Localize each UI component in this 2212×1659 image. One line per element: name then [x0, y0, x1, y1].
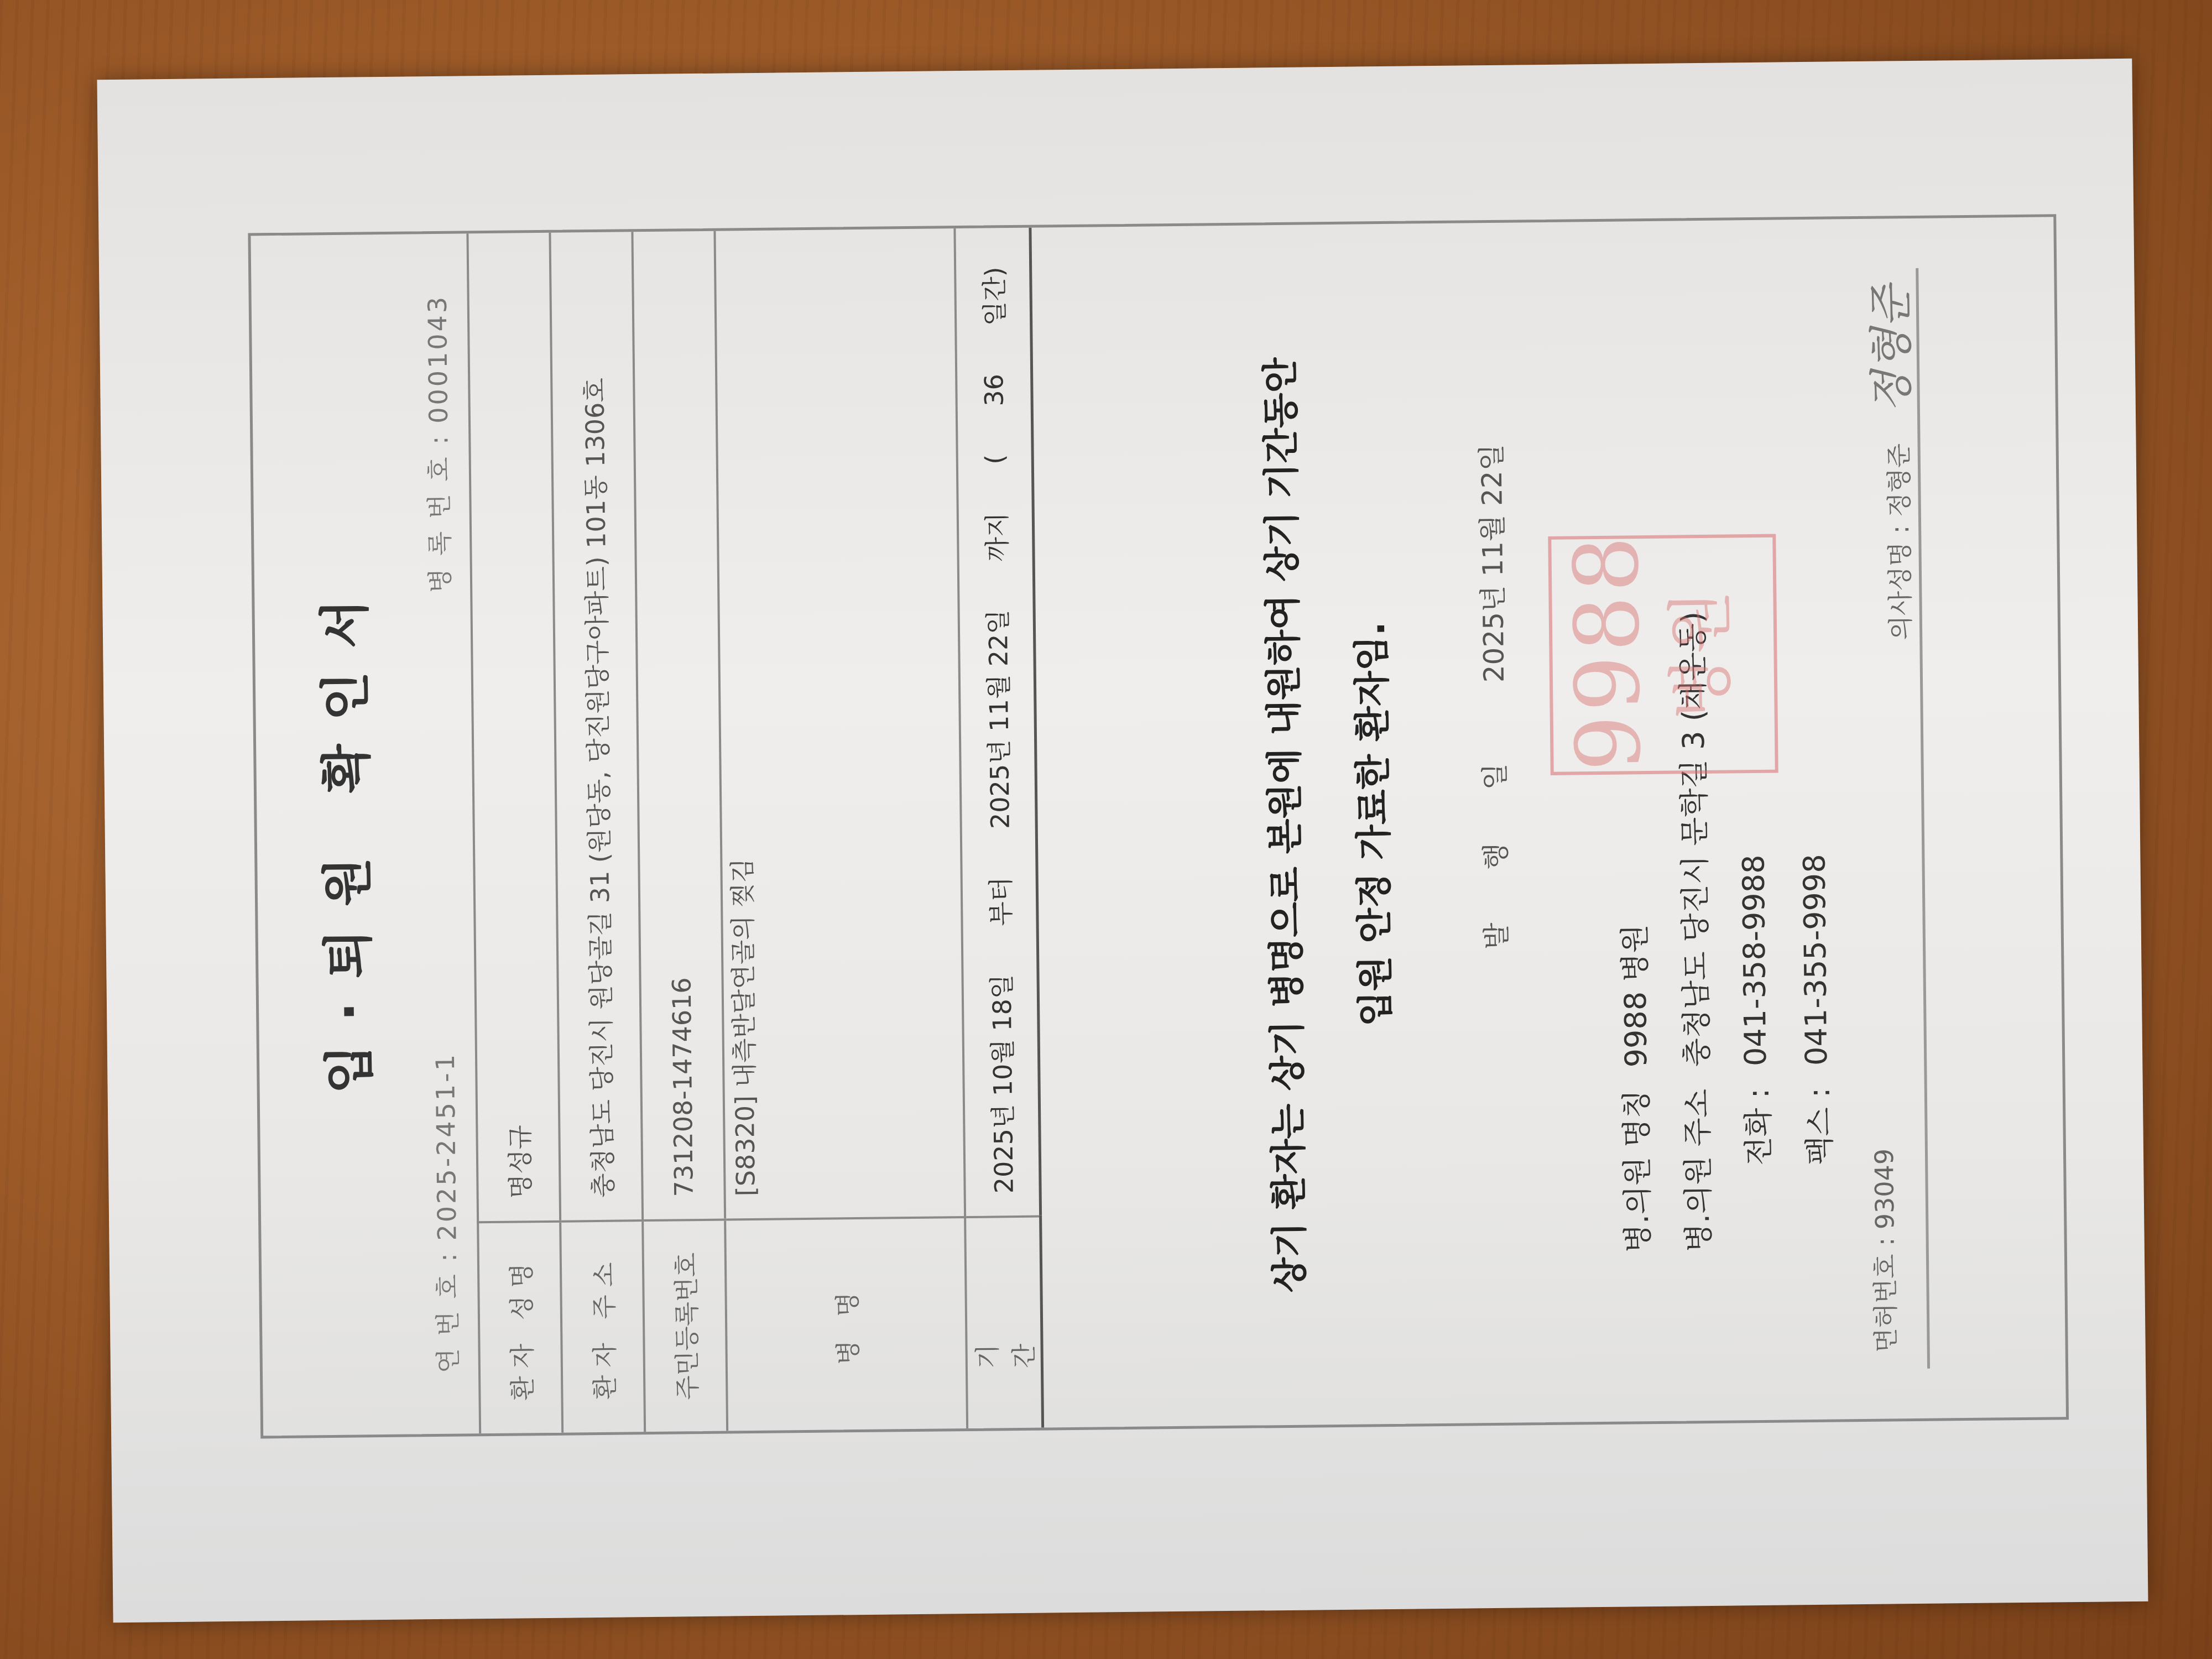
doctor-name: 정형준 [1884, 443, 1914, 517]
rrn-value: 731208-1474616 [632, 231, 725, 1220]
fax-label: 팩스 : [1795, 1087, 1840, 1320]
period-open-paren: ( [980, 454, 1010, 465]
diagnosis-value: [S8320] 내측반달연골의 찢김 [714, 228, 965, 1219]
fax-value: 041-355-9998 [1797, 854, 1834, 1066]
table-row: 환자 주소 충청남도 당진시 원당골길 31 (원당동, 당진원당구아파트) 1… [550, 232, 645, 1432]
record-label: 병 록 번 호 : [424, 434, 455, 593]
patient-address-label: 환자 주소 [560, 1220, 645, 1433]
patient-name: 명성규 [467, 233, 560, 1222]
patient-address: 충청남도 당진시 원당골길 31 (원당동, 당진원당구아파트) 101동 13… [550, 232, 643, 1221]
period-start: 2025년 10월 18일 [982, 974, 1021, 1193]
table-row: 병 명 [S8320] 내측반달연골의 찢김 [714, 228, 967, 1431]
serial-value: 2025-2451-1 [430, 1052, 462, 1241]
period-days: 36 [979, 374, 1009, 406]
hospital-name-label: 병.의원 명칭 [1613, 1089, 1657, 1322]
license-field: 면허번호 : 93049 [1864, 1148, 1930, 1353]
table-row: 주민등록번호 731208-1474616 [632, 231, 727, 1432]
table-row: 기 간 2025년 10월 18일 부터 2025년 11월 22일 까지 ( … [954, 228, 1042, 1428]
serial-label: 연 번 호 : [432, 1251, 463, 1373]
period-from: 부터 [981, 877, 1018, 927]
statement-line-2: 입원 안정 가료한 환자임. [1323, 223, 1425, 1425]
admission-discharge-certificate: 입·퇴원 확인서 연 번 호 : 2025-2451-1 병 록 번 호 : 0… [97, 59, 2148, 1623]
phone-value: 041-358-9988 [1736, 854, 1773, 1066]
document-title: 입·퇴원 확인서 [300, 234, 386, 1435]
doctor-info: 면허번호 : 93049 의사성명 : 정형준 정형준 [1854, 218, 1931, 1419]
hospital-address-label: 병.의원 주소 [1673, 1089, 1718, 1322]
diagnosis-label: 병 명 [725, 1217, 967, 1431]
doctor-name-label: 의사성명 : [1885, 525, 1916, 640]
hospital-name: 9988 병원 [1611, 924, 1655, 1068]
certification-statement: 상기 환자는 상기 병명으로 본원에 내원하여 상기 기간동안 입원 안정 가료… [1235, 223, 1425, 1425]
stamp-number: 9988 [1562, 539, 1653, 772]
period-label: 기 간 [965, 1217, 1042, 1428]
document-frame: 입·퇴원 확인서 연 번 호 : 2025-2451-1 병 록 번 호 : 0… [248, 214, 2069, 1438]
period-value: 2025년 10월 18일 부터 2025년 11월 22일 까지 ( 36 일… [954, 228, 1040, 1217]
hospital-seal-stamp: 9988 병원 [1548, 534, 1778, 775]
serial-number-field: 연 번 호 : 2025-2451-1 [425, 1052, 465, 1374]
period-end: 2025년 11월 22일 [978, 609, 1017, 829]
stamp-text: 병원 [1667, 538, 1736, 770]
issue-date-label: 발 행 일 [1479, 741, 1513, 950]
hospital-fax-row: 팩스 : 041-355-9998 [1781, 610, 1849, 1320]
doctor-name-field: 의사성명 : 정형준 정형준 [1855, 285, 1923, 640]
period-days-suffix: 일간) [974, 267, 1011, 326]
statement-line-1: 상기 환자는 상기 병명으로 본원에 내원하여 상기 기간동안 [1235, 225, 1336, 1426]
license-label: 면허번호 : [1870, 1237, 1901, 1352]
record-number-field: 병 록 번 호 : 0001043 [418, 295, 457, 593]
issue-date-value: 2025년 11월 22일 [1476, 444, 1511, 683]
issue-date-field: 발 행 일 2025년 11월 22일 [1470, 444, 1515, 950]
rrn-label: 주민등록번호 [643, 1220, 727, 1432]
doctor-signature: 정형준 [1865, 285, 1918, 414]
phone-label: 전화 : [1734, 1088, 1779, 1321]
patient-name-label: 환자 성명 [478, 1222, 562, 1434]
license-number: 93049 [1869, 1148, 1900, 1229]
table-row: 환자 성명 명성규 [467, 233, 562, 1433]
patient-info-table: 환자 성명 명성규 환자 주소 충청남도 당진시 원당골길 31 (원당동, 당… [466, 228, 1044, 1434]
period-to: 까지 [977, 512, 1014, 562]
record-value: 0001043 [422, 295, 453, 424]
